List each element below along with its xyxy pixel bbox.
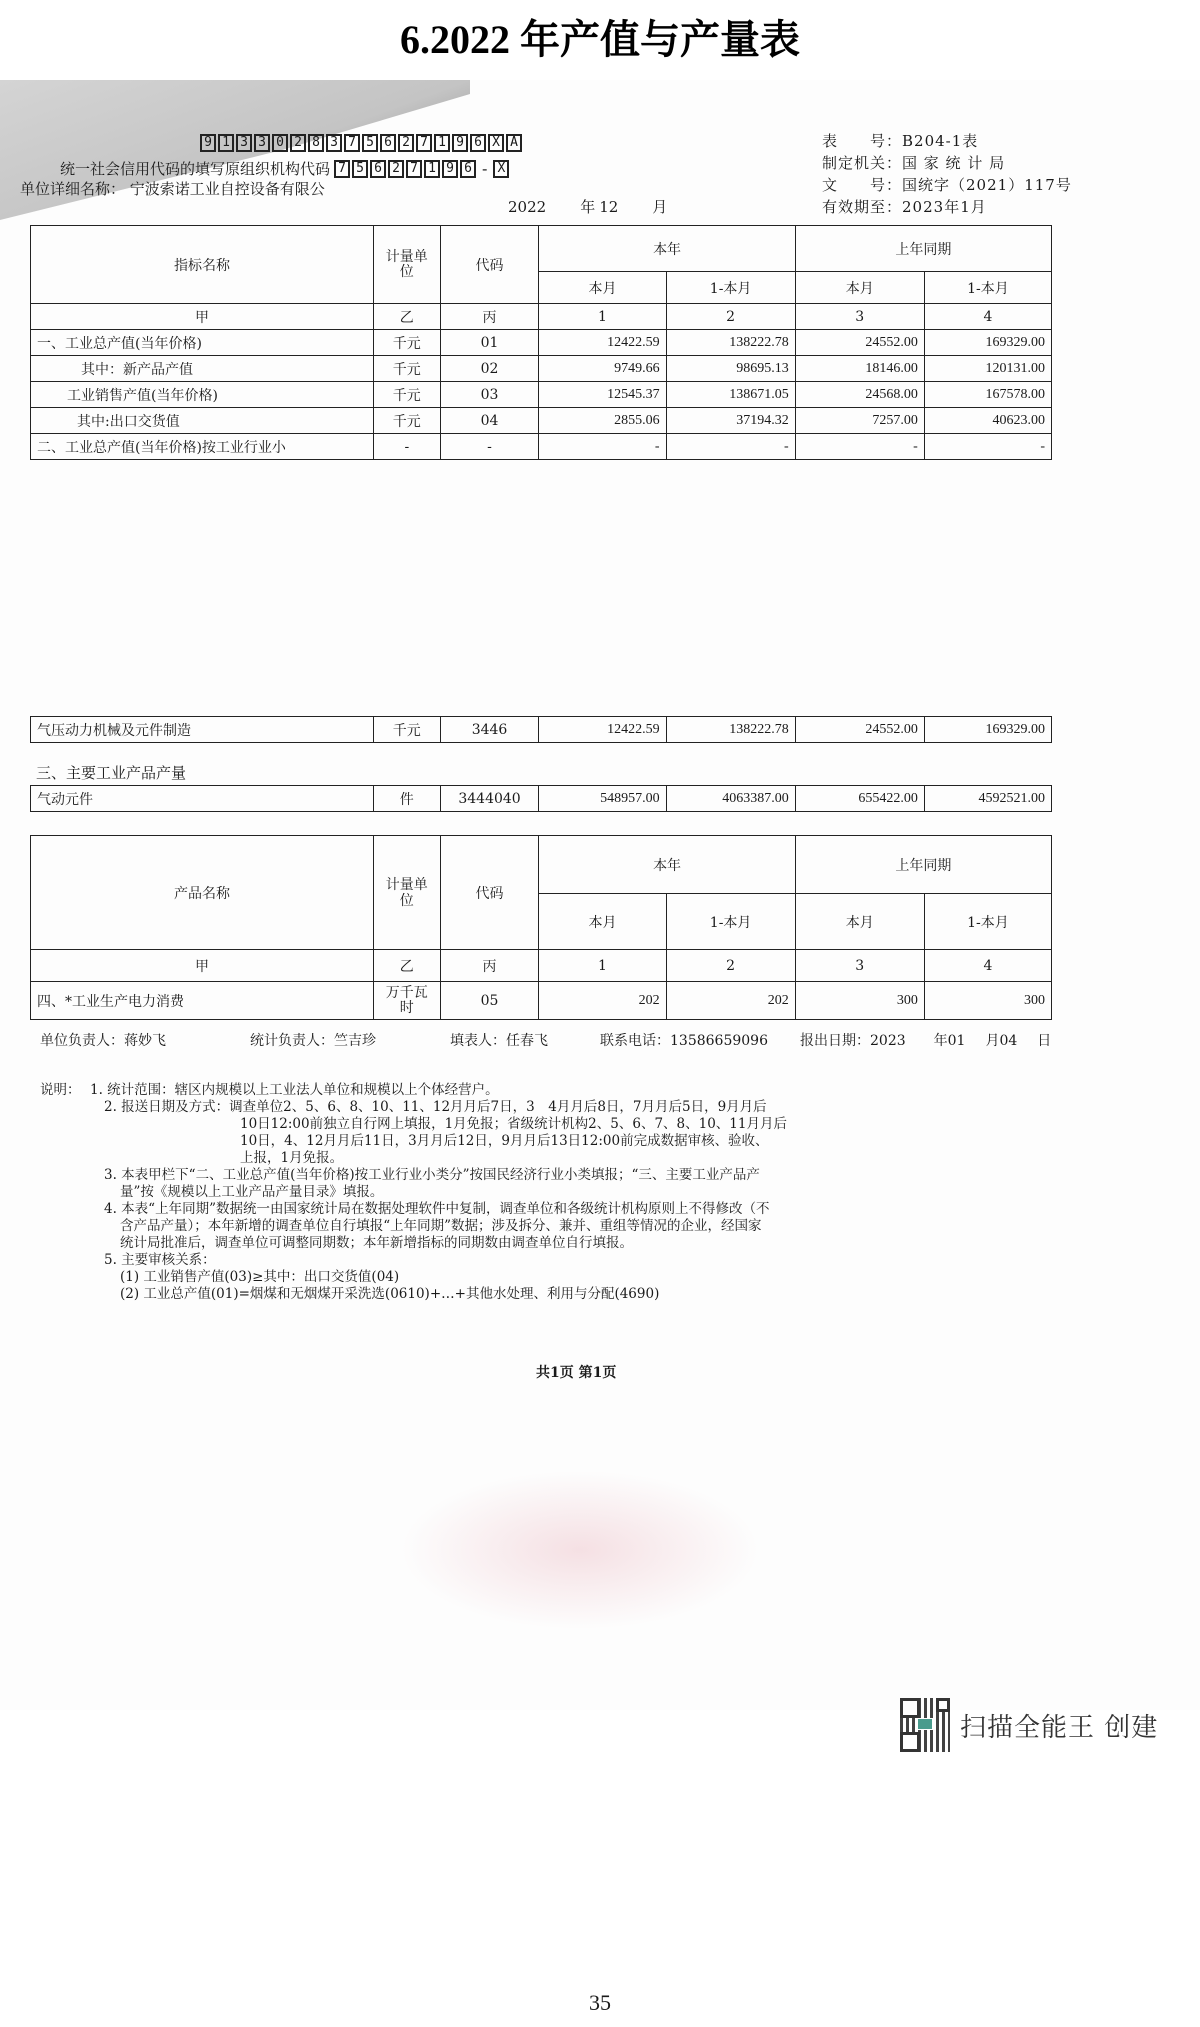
phone: 13586659096 [670, 1033, 768, 1049]
camscanner-watermark: 扫描全能王 创建 [900, 1698, 1158, 1752]
note-line: 含产品产量）；本年新增的调查单位自行填报“上年同期”数据；涉及拆分、兼并、重组等… [90, 1218, 940, 1235]
issuer: 国 家 统 计 局 [902, 154, 1005, 172]
cell-code: 3446 [440, 717, 539, 743]
cell-v4: 4592521.00 [924, 786, 1051, 812]
code-digit: 1 [218, 134, 234, 152]
column-label-row: 甲乙丙1234 [31, 304, 1052, 330]
cell-code: 04 [440, 408, 539, 434]
cell-v4: 40623.00 [924, 408, 1051, 434]
code-digit: 7 [406, 160, 422, 178]
code-digit: 7 [334, 160, 350, 178]
cell-v3: 18146.00 [795, 356, 924, 382]
header-last-year: 上年同期 [795, 226, 1051, 272]
cell-name: 其中：新产品产值 [31, 356, 374, 382]
table-row: 二、工业总产值(当年价格)按工业行业小------ [31, 434, 1052, 460]
code-digit: 7 [344, 134, 360, 152]
cell-name: 四、*工业生产电力消费 [31, 982, 374, 1020]
code-digit: 6 [370, 160, 386, 178]
cell-v3: 655422.00 [795, 786, 924, 812]
header-this-month: 本月 [539, 894, 666, 950]
cell-code: 01 [440, 330, 539, 356]
note-line: 10日12:00前独立自行网上填报，1月免报；省级统计机构2、5、6、7、8、1… [90, 1116, 940, 1133]
header-ly-ytd: 1-本月 [924, 272, 1051, 304]
report-day: 04 [999, 1033, 1017, 1049]
note-line: (2) 工业总产值(01)=烟煤和无烟煤开采洗选(0610)+…+其他水处理、利… [90, 1286, 940, 1303]
table-row: 一、工业总产值(当年价格)千元0112422.59138222.7824552.… [31, 330, 1052, 356]
cell-unit: 万千瓦时 [374, 982, 441, 1020]
cell-v1: 9749.66 [539, 356, 666, 382]
cell-v2: 37194.32 [666, 408, 795, 434]
notes-body: 1. 统计范围：辖区内规模以上工业法人单位和规模以上个体经营户。2. 报送日期及… [90, 1082, 940, 1303]
form-meta: 表 号：B204-1表 制定机关：国 家 统 计 局 文 号：国统字（2021）… [822, 130, 1072, 218]
header-ytd: 1-本月 [666, 894, 795, 950]
cell-v1: - [539, 434, 666, 460]
section3-title: 三、主要工业产品产量 [36, 762, 186, 783]
table-row: 工业销售产值(当年价格)千元0312545.37138671.0524568.0… [31, 382, 1052, 408]
cell-unit: 千元 [374, 717, 441, 743]
column-label: 1 [539, 304, 666, 330]
code-digit: 3 [236, 134, 252, 152]
cell-name: 气动元件 [31, 786, 374, 812]
report-month: 01 [948, 1033, 966, 1049]
cell-v2: 138222.78 [666, 717, 795, 743]
qr-code-icon [900, 1698, 950, 1752]
code-digit: 3 [326, 134, 342, 152]
cell-v3: 300 [795, 982, 924, 1020]
notes-label: 说明： [40, 1082, 81, 1099]
page-number: 35 [0, 1990, 1200, 2016]
cell-v4: 169329.00 [924, 330, 1051, 356]
code-digit: 6 [460, 160, 476, 178]
header-unit: 计量单位 [374, 836, 441, 950]
table-row: 气压动力机械及元件制造千元344612422.59138222.7824552.… [31, 717, 1052, 743]
column-label: 1 [539, 950, 666, 982]
table-row: 其中：新产品产值千元029749.6698695.1318146.0012013… [31, 356, 1052, 382]
cell-v4: - [924, 434, 1051, 460]
org-code: 75627196 [334, 160, 476, 178]
cell-v1: 2855.06 [539, 408, 666, 434]
cell-v3: 24568.00 [795, 382, 924, 408]
report-month: 12 [599, 198, 618, 216]
credit-code: 9133028375627196XA [200, 134, 522, 152]
code-digit: 9 [200, 134, 216, 152]
cell-v1: 202 [539, 982, 666, 1020]
cell-v2: 138671.05 [666, 382, 795, 408]
column-label: 丙 [440, 950, 539, 982]
header-ytd: 1-本月 [666, 272, 795, 304]
cell-unit: 千元 [374, 382, 441, 408]
cell-v2: 4063387.00 [666, 786, 795, 812]
note-line: 4. 本表“上年同期”数据统一由国家统计局在数据处理软件中复制，调查单位和各级统… [90, 1201, 940, 1218]
industry-table: 气压动力机械及元件制造千元344612422.59138222.7824552.… [30, 716, 1052, 743]
header-code: 代码 [440, 226, 539, 304]
cell-v1: 12422.59 [539, 330, 666, 356]
header-ly-this-month: 本月 [795, 894, 924, 950]
org-code-check: X [493, 160, 509, 178]
header-product: 产品名称 [31, 836, 374, 950]
cell-name: 其中:出口交货值 [31, 408, 374, 434]
column-label: 2 [666, 950, 795, 982]
code-digit: 7 [416, 134, 432, 152]
report-period: 2022年12月 [508, 196, 701, 217]
cell-v4: 120131.00 [924, 356, 1051, 382]
cell-unit: 千元 [374, 408, 441, 434]
note-line: 10日，4、12月月后11日，3月月后12日，9月月后13日12:00前完成数据… [90, 1133, 940, 1150]
product-output-table: 气动元件件3444040548957.004063387.00655422.00… [30, 785, 1052, 812]
cell-name: 气压动力机械及元件制造 [31, 717, 374, 743]
code-digit: 2 [398, 134, 414, 152]
header-last-year: 上年同期 [795, 836, 1051, 894]
note-line: 1. 统计范围：辖区内规模以上工业法人单位和规模以上个体经营户。 [90, 1082, 940, 1099]
cell-v2: 98695.13 [666, 356, 795, 382]
code-digit: 2 [388, 160, 404, 178]
header-this-year: 本年 [539, 836, 795, 894]
header-unit: 计量单位 [374, 226, 441, 304]
org-name: 宁波索诺工业自控设备有限公 [130, 180, 325, 198]
note-line: 上报，1月免报。 [90, 1150, 940, 1167]
code-digit: 6 [380, 134, 396, 152]
page-info: 共1页 第1页 [536, 1362, 616, 1382]
cell-code: 02 [440, 356, 539, 382]
code-digit: 6 [470, 134, 486, 152]
column-label: 3 [795, 950, 924, 982]
cell-v1: 12545.37 [539, 382, 666, 408]
column-label: 丙 [440, 304, 539, 330]
column-label: 2 [666, 304, 795, 330]
cell-v4: 167578.00 [924, 382, 1051, 408]
table-row: 其中:出口交货值千元042855.0637194.327257.0040623.… [31, 408, 1052, 434]
column-label: 4 [924, 304, 1051, 330]
cell-unit: 件 [374, 786, 441, 812]
org-code-line: 统一社会信用代码的填写原组织机构代码 75627196 - X [60, 158, 509, 179]
cell-code: 03 [440, 382, 539, 408]
report-year: 2023 [870, 1033, 906, 1049]
cell-name: 一、工业总产值(当年价格) [31, 330, 374, 356]
cell-v3: 24552.00 [795, 717, 924, 743]
cell-unit: - [374, 434, 441, 460]
table-row: 气动元件件3444040548957.004063387.00655422.00… [31, 786, 1052, 812]
cell-v4: 300 [924, 982, 1051, 1020]
cell-v3: 24552.00 [795, 330, 924, 356]
document-number: 国统字（2021）117号 [902, 176, 1072, 194]
valid-until: 2023年1月 [902, 198, 987, 216]
cell-name: 二、工业总产值(当年价格)按工业行业小 [31, 434, 374, 460]
cell-v2: - [666, 434, 795, 460]
code-digit: 9 [442, 160, 458, 178]
stat-head: 竺吉珍 [334, 1033, 376, 1049]
watermark-text: 扫描全能王 创建 [960, 1707, 1158, 1744]
note-line: 统计局批准后，调查单位可调整同期数；本年新增指标的同期数由调查单位自行填报。 [90, 1235, 940, 1252]
cell-code: 05 [440, 982, 539, 1020]
cell-v1: 12422.59 [539, 717, 666, 743]
page-title: 6.2022 年产值与产量表 [0, 8, 1200, 65]
cell-v2: 138222.78 [666, 330, 795, 356]
column-label: 甲 [31, 950, 374, 982]
header-this-year: 本年 [539, 226, 795, 272]
code-digit: 3 [254, 134, 270, 152]
code-digit: 5 [362, 134, 378, 152]
power-consumption-table: 产品名称 计量单位 代码 本年 上年同期 本月 1-本月 本月 1-本月 甲乙丙… [30, 835, 1052, 1020]
filler: 任春飞 [506, 1033, 548, 1049]
cell-unit: 千元 [374, 330, 441, 356]
stamp-smudge [400, 1470, 760, 1630]
code-digit: 0 [272, 134, 288, 152]
header-this-month: 本月 [539, 272, 666, 304]
header-ly-ytd: 1-本月 [924, 894, 1051, 950]
cell-v3: 7257.00 [795, 408, 924, 434]
cell-v3: - [795, 434, 924, 460]
header-indicator: 指标名称 [31, 226, 374, 304]
note-line: (1) 工业销售产值(03)≥其中：出口交货值(04) [90, 1269, 940, 1286]
cell-v4: 169329.00 [924, 717, 1051, 743]
header-ly-this-month: 本月 [795, 272, 924, 304]
report-year: 2022 [508, 198, 546, 216]
cell-name: 工业销售产值(当年价格) [31, 382, 374, 408]
table-row: 四、*工业生产电力消费万千瓦时05202202300300 [31, 982, 1052, 1020]
code-digit: 1 [434, 134, 450, 152]
unit-head: 蒋妙飞 [124, 1033, 166, 1049]
note-line: 3. 本表甲栏下“二、工业总产值(当年价格)按工业行业小类分”按国民经济行业小类… [90, 1167, 940, 1184]
column-label: 4 [924, 950, 1051, 982]
code-digit: 8 [308, 134, 324, 152]
signature-line: 单位负责人：蒋妙飞 统计负责人：竺吉珍 填表人：任春飞 联系电话：1358665… [40, 1030, 1060, 1050]
column-label: 3 [795, 304, 924, 330]
note-line: 2. 报送日期及方式：调查单位2、5、6、8、10、11、12月月后7日，3 4… [90, 1099, 940, 1116]
column-label: 乙 [374, 304, 441, 330]
code-digit: 1 [424, 160, 440, 178]
form-number: B204-1表 [902, 132, 978, 150]
code-digit: A [506, 134, 522, 152]
code-digit: 5 [352, 160, 368, 178]
header-code: 代码 [440, 836, 539, 950]
org-name-line: 单位详细名称： 宁波索诺工业自控设备有限公 [20, 178, 325, 199]
code-digit: X [488, 134, 504, 152]
note-line: 量”按《规模以上工业产品产量目录》填报。 [90, 1184, 940, 1201]
cell-code: - [440, 434, 539, 460]
column-label-row: 甲乙丙1234 [31, 950, 1052, 982]
note-line: 5. 主要审核关系： [90, 1252, 940, 1269]
code-digit: 2 [290, 134, 306, 152]
column-label: 乙 [374, 950, 441, 982]
output-value-table: 指标名称 计量单位 代码 本年 上年同期 本月 1-本月 本月 1-本月 甲乙丙… [30, 225, 1052, 460]
cell-v1: 548957.00 [539, 786, 666, 812]
column-label: 甲 [31, 304, 374, 330]
org-name-label: 单位详细名称： [20, 180, 125, 198]
cell-unit: 千元 [374, 356, 441, 382]
cell-v2: 202 [666, 982, 795, 1020]
credit-code-label: 统一社会信用代码的填写原组织机构代码 [60, 158, 330, 179]
code-digit: 9 [452, 134, 468, 152]
cell-code: 3444040 [440, 786, 539, 812]
